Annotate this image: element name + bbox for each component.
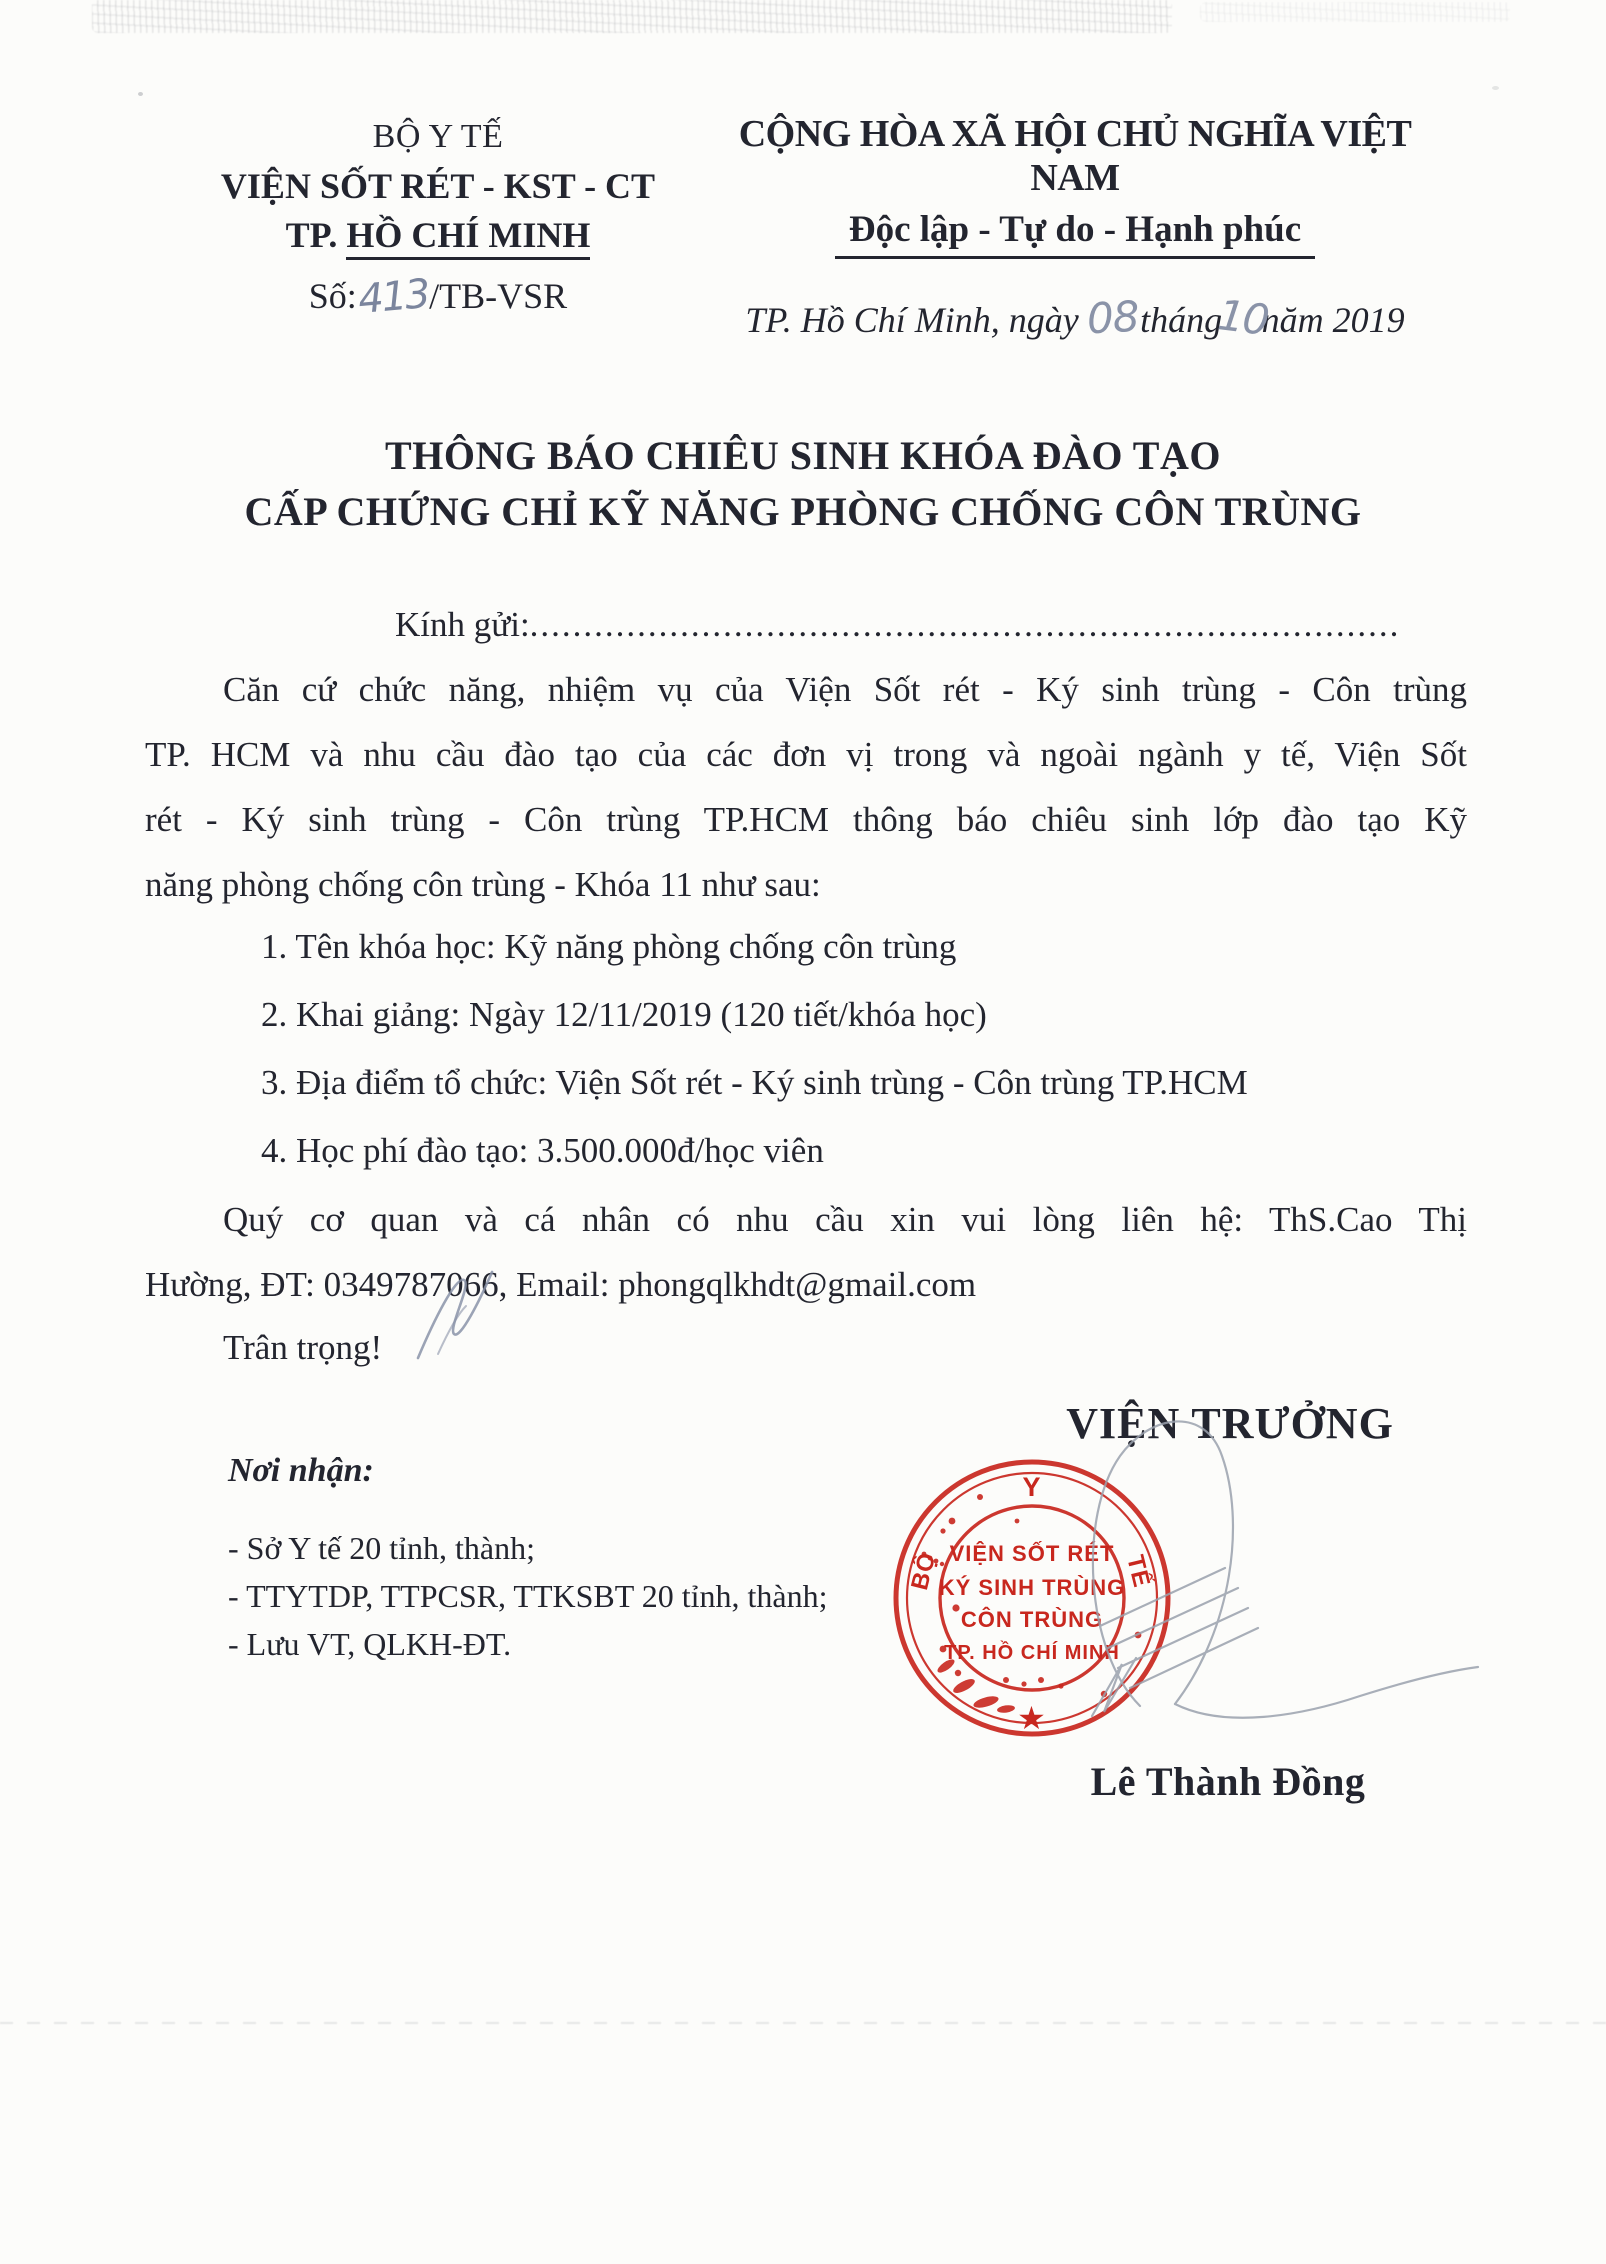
ministry-name: BỘ Y TẾ [138,118,738,156]
course-details-list: 1. Tên khóa học: Kỹ năng phòng chống côn… [261,914,1467,1183]
recipient-item: - Sở Y tế 20 tỉnh, thành; [228,1524,827,1572]
scan-noise-band [1200,2,1510,22]
issuer-header-block: BỘ Y TẾ VIỆN SỐT RÉT - KST - CT TP. HỒ C… [138,118,738,318]
paragraph-line: Quý cơ quan và cá nhân có nhu cầu xin vu… [145,1187,1467,1252]
handwritten-document-number: 413 [356,271,430,323]
number-suffix: /TB-VSR [429,276,567,316]
scan-fold-line [0,2022,1606,2024]
handwritten-day: 08 [1085,292,1139,344]
list-item-fee: 4. Học phí đào tạo: 3.500.000đ/học viên [261,1118,1467,1183]
scan-speck [1492,86,1499,90]
recipients-label: Nơi nhận: [228,1452,827,1490]
title-line-1: THÔNG BÁO CHIÊU SINH KHÓA ĐÀO TẠO [0,428,1606,484]
date-prefix: TP. Hồ Chí Minh, ngày [745,300,1078,340]
paragraph-line: Căn cứ chức năng, nhiệm vụ của Viện Sốt … [145,657,1467,722]
institute-city: TP. HỒ CHÍ MINH [138,214,738,256]
scanned-official-letter: BỘ Y TẾ VIỆN SỐT RÉT - KST - CT TP. HỒ C… [0,0,1606,2264]
letter-body: Kính gửi:...............................… [145,592,1467,1380]
director-signature [1000,1396,1500,1741]
handwritten-month: 10 [1215,290,1270,345]
salutation-dotted-leader: ........................................… [530,592,1398,657]
list-item-course-name: 1. Tên khóa học: Kỹ năng phòng chống côn… [261,914,1467,979]
national-title: CỘNG HÒA XÃ HỘI CHỦ NGHĨA VIỆT NAM [690,112,1460,200]
scan-speck [138,92,143,96]
recipient-item: - Lưu VT, QLKH-ĐT. [228,1620,827,1668]
paragraph-line: rét - Ký sinh trùng - Côn trùng TP.HCM t… [145,787,1467,852]
date-month-label: tháng [1140,300,1222,340]
signer-name: Lê Thành Đồng [1028,1758,1428,1805]
date-line: TP. Hồ Chí Minh, ngày08tháng10năm 2019 [690,293,1460,342]
title-line-2: CẤP CHỨNG CHỈ KỸ NĂNG PHÒNG CHỐNG CÔN TR… [0,484,1606,540]
closing-line: Trân trọng! [145,1315,1467,1380]
list-item-start-date: 2. Khai giảng: Ngày 12/11/2019 (120 tiết… [261,982,1467,1047]
number-label: Số: [309,276,357,316]
institute-name: VIỆN SỐT RÉT - KST - CT [138,165,738,207]
recipients-block: Nơi nhận: - Sở Y tế 20 tỉnh, thành; - TT… [228,1452,827,1668]
paragraph-line: Hường, ĐT: 0349787066, Email: phongqlkhd… [145,1252,1467,1317]
paragraph-line: năng phòng chống côn trùng - Khóa 11 như… [145,852,1467,917]
paragraph-line: TP. HCM và nhu cầu đào tạo của các đơn v… [145,722,1467,787]
national-header-block: CỘNG HÒA XÃ HỘI CHỦ NGHĨA VIỆT NAM Độc l… [690,112,1460,342]
salutation-line: Kính gửi:...............................… [145,592,1467,657]
city-prefix: TP. [286,215,347,255]
scan-noise-band [92,0,1172,33]
national-motto-wrap: Độc lập - Tự do - Hạnh phúc [690,208,1460,259]
date-year-label: năm 2019 [1262,300,1405,340]
national-motto: Độc lập - Tự do - Hạnh phúc [835,208,1315,259]
contact-paragraph: Quý cơ quan và cá nhân có nhu cầu xin vu… [145,1187,1467,1317]
salutation-label: Kính gửi: [395,605,530,644]
document-title: THÔNG BÁO CHIÊU SINH KHÓA ĐÀO TẠO CẤP CH… [0,428,1606,540]
document-number-line: Số:413/TB-VSR [138,272,738,318]
recipient-item: - TTYTDP, TTPCSR, TTKSBT 20 tỉnh, thành; [228,1572,827,1620]
handwritten-paraph [408,1262,518,1372]
city-underlined: HỒ CHÍ MINH [346,215,590,260]
list-item-location: 3. Địa điểm tổ chức: Viện Sốt rét - Ký s… [261,1050,1467,1115]
